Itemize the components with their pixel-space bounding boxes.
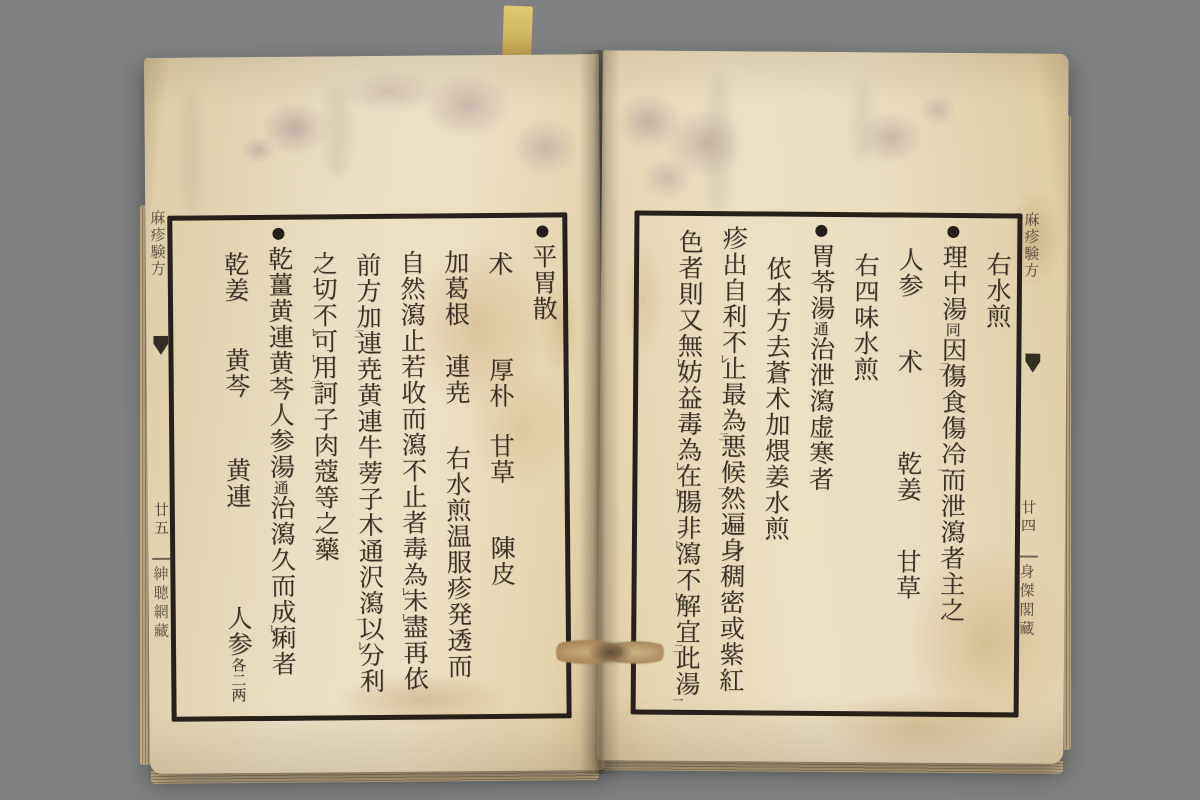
- text-run: 依本方去蒼术加煨姜水煎: [761, 255, 792, 541]
- text-column: 乾姜黄芩黄連人参各二两: [221, 225, 253, 742]
- text-run: 理中湯: [939, 244, 969, 322]
- text-run: 右水煎: [983, 251, 1013, 329]
- fore-edge-page-number: 廿四: [1022, 499, 1039, 535]
- text-run: 治泄瀉虚寒者: [805, 336, 835, 492]
- text-column: 之切不レ可レ用二訶子肉蔻等之一藥: [309, 224, 341, 741]
- text-run: 傷食傷冷: [938, 363, 968, 467]
- text-run: 人参: [895, 246, 924, 298]
- text-run: 胃苓湯: [807, 243, 837, 321]
- spacer: [906, 503, 908, 549]
- right-text-frame: 右水煎理中湯同因二傷食傷冷一而泄瀉者主之人参术乾姜甘草右四味水煎胃苓湯通治泄瀉虚…: [631, 210, 1023, 717]
- fore-edge-page-number: 廿五: [155, 502, 172, 538]
- section-marker-icon: [272, 228, 284, 240]
- text-run: 治瀉久而成: [267, 495, 297, 625]
- text-column: 色者則又無レ妨益毒為レ在レ腸非レ瀉不レ解宜二此湯一: [673, 221, 704, 718]
- section-marker-icon: [947, 226, 959, 238]
- text-run: 連尭黄連牛蒡子木通沢瀉: [353, 330, 384, 616]
- show-through-smudge: [324, 86, 351, 176]
- spacer: [235, 399, 238, 457]
- left-page-text: 平胃散术厚朴甘草陳皮加葛根連尭右水煎温服疹発透而自然瀉止若收而瀉不止者毒為レ未レ…: [172, 217, 566, 716]
- spacer: [455, 405, 457, 445]
- fore-edge-title: 麻疹験方: [151, 210, 169, 278]
- text-run: 乾姜: [221, 251, 250, 303]
- text-run: 然遍身稠密或紫紅: [716, 485, 747, 693]
- text-run: 同: [944, 322, 962, 337]
- text-column: 平胃散: [529, 222, 560, 713]
- text-run: 甘草: [486, 433, 515, 485]
- spacer: [454, 327, 456, 353]
- text-run: 前方加: [353, 252, 383, 330]
- left-text-frame: 平胃散术厚朴甘草陳皮加葛根連尭右水煎温服疹発透而自然瀉止若收而瀉不止者毒為レ未レ…: [167, 212, 571, 721]
- text-column: 右四味水煎: [848, 222, 879, 741]
- fore-edge-divider: [1019, 555, 1038, 557]
- text-run: 甘草: [892, 548, 921, 600]
- text-run: 术: [485, 251, 514, 277]
- fishtail-mark-icon: [1025, 354, 1040, 373]
- binding-paper-twist: [556, 639, 664, 666]
- section-marker-icon: [536, 225, 548, 237]
- text-column: 疹出自利不レ止最為二悪候一然遍身稠密或紫紅: [717, 221, 748, 714]
- text-run: 乾薑黄連黄芩人参湯: [265, 246, 296, 480]
- text-column: 胃苓湯通治泄瀉虚寒者: [805, 222, 836, 711]
- left-page: 平胃散术厚朴甘草陳皮加葛根連尭右水煎温服疹発透而自然瀉止若收而瀉不止者毒為レ未レ…: [144, 54, 605, 774]
- text-run: 黄芩: [221, 347, 250, 399]
- fishtail-mark-icon: [153, 336, 168, 355]
- text-column: 人参术乾姜甘草: [892, 222, 923, 735]
- spacer: [907, 375, 910, 451]
- text-column: 右水煎: [980, 223, 1011, 740]
- text-run: 因: [938, 337, 967, 363]
- text-run: 連尭: [441, 353, 470, 405]
- text-run: 平胃散: [529, 243, 559, 321]
- text-run: 通: [272, 480, 290, 495]
- right-page-text: 右水煎理中湯同因二傷食傷冷一而泄瀉者主之人参术乾姜甘草右四味水煎胃苓湯通治泄瀉虚…: [636, 215, 1018, 712]
- text-run: 右水煎温服疹発透而: [442, 445, 473, 679]
- fore-edge-inscription: 紳聰網藏: [154, 566, 173, 776]
- spacer: [500, 485, 502, 535]
- text-run: 乾姜: [893, 450, 922, 502]
- text-run: 妨益毒為: [674, 359, 704, 463]
- text-column: 自然瀉止若收而瀉不止者毒為レ未レ盡再依: [397, 224, 429, 741]
- text-run: 加葛根: [441, 249, 471, 327]
- text-column: 加葛根連尭右水煎温服疹発透而: [441, 223, 473, 740]
- section-marker-icon: [815, 225, 827, 237]
- text-run: 右四味水煎: [850, 252, 880, 382]
- text-run: 通: [812, 321, 830, 336]
- text-run: 疹出自利不: [718, 225, 748, 355]
- text-run: 术: [894, 348, 923, 374]
- text-run: 色者則又無: [674, 229, 704, 359]
- spacer: [498, 277, 501, 357]
- right-page: 右水煎理中湯同因二傷食傷冷一而泄瀉者主之人参术乾姜甘草右四味水煎胃苓湯通治泄瀉虚…: [597, 50, 1069, 764]
- spacer: [234, 303, 236, 347]
- text-run: 之切不: [309, 250, 339, 328]
- show-through-smudge: [706, 73, 731, 213]
- fore-edge-title: 麻疹験方: [1025, 212, 1043, 280]
- show-through-smudge: [180, 93, 203, 213]
- text-run: 各二两: [229, 657, 247, 702]
- text-run: 盡再依: [400, 614, 430, 692]
- spacer: [907, 299, 909, 349]
- text-run: 而泄瀉者主之: [936, 467, 966, 623]
- text-run: 自然瀉止若收而瀉不止者毒為: [397, 250, 429, 588]
- text-run: 陳皮: [487, 535, 516, 587]
- spacer: [499, 409, 501, 433]
- fore-edge-inscription: 身傑閣藏: [1019, 563, 1038, 768]
- text-run: 人参: [224, 605, 253, 657]
- text-run: 黄連: [222, 457, 251, 509]
- text-column: 术厚朴甘草陳皮: [485, 223, 517, 742]
- text-column: 理中湯同因二傷食傷冷一而泄瀉者主之: [937, 223, 968, 712]
- show-through-smudge: [852, 82, 873, 162]
- text-column: 乾薑黄連黄芩人参湯通治瀉久而成レ痢者: [265, 225, 296, 716]
- text-run: 訶子肉蔻等之: [310, 380, 340, 536]
- photo-background: 平胃散术厚朴甘草陳皮加葛根連尭右水煎温服疹発透而自然瀉止若收而瀉不止者毒為レ未レ…: [0, 0, 1200, 800]
- spacer: [236, 509, 239, 605]
- text-run: 厚朴: [486, 357, 515, 409]
- spine-tab: [502, 6, 533, 61]
- text-column: 前方加二連尭黄連牛蒡子木通沢瀉一以レ分利: [353, 224, 385, 743]
- text-run: 止最為: [718, 355, 748, 433]
- fore-edge-divider: [152, 558, 171, 560]
- text-column: 依本方去蒼术加煨姜水煎: [760, 221, 791, 744]
